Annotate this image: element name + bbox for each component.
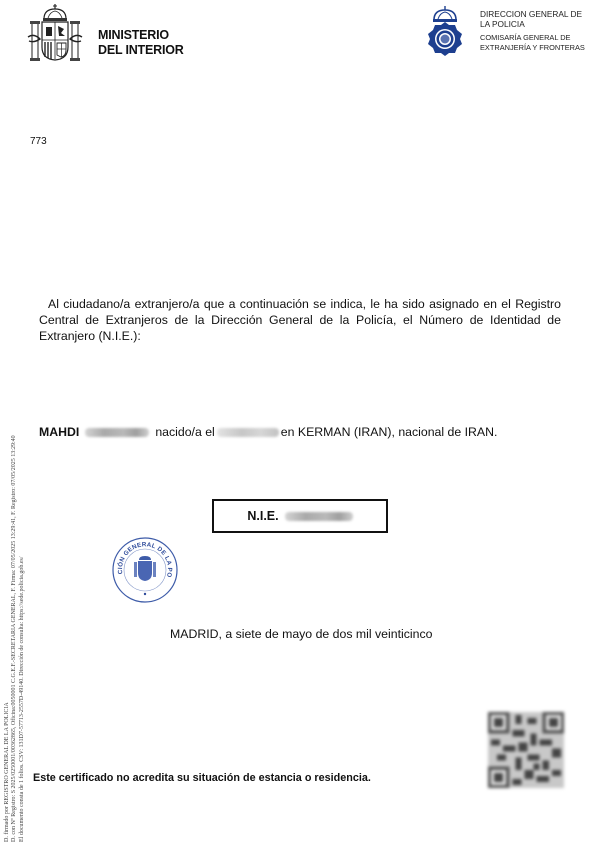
nie-box: N.I.E. <box>212 499 388 533</box>
place-and-date: MADRID, a siete de mayo de dos mil veint… <box>170 627 432 641</box>
ministry-line-2: DEL INTERIOR <box>98 43 184 58</box>
intro-paragraph: Al ciudadano/a extranjero/a que a contin… <box>39 296 561 345</box>
birthplace-text: en KERMAN (IRAN), nacional de IRAN. <box>281 425 498 439</box>
intro-text: Al ciudadano/a extranjero/a que a contin… <box>39 297 561 343</box>
reference-number: 773 <box>30 136 47 147</box>
nie-label: N.I.E. <box>247 509 278 523</box>
disclaimer-text: Este certificado no acredita su situació… <box>33 772 371 784</box>
ministry-name: MINISTERIO DEL INTERIOR <box>98 28 184 58</box>
spain-coat-of-arms-icon <box>26 3 84 63</box>
police-stamp-icon: DIRECCIÓN GENERAL DE LA POLICÍA <box>111 536 179 604</box>
cg-line-2: EXTRANJERÍA Y FRONTERAS <box>480 43 585 53</box>
signature-line-2: D. con Nº Registro: S 2025/0250001/00362… <box>11 342 18 842</box>
qr-code <box>488 712 564 788</box>
direccion-general-label: DIRECCION GENERAL DE LA POLICIA <box>480 9 582 29</box>
signature-line-3: El documento consta de 1 folios. CSV: 13… <box>19 342 26 842</box>
dg-line-2: LA POLICIA <box>480 19 582 29</box>
dob-redacted <box>217 428 279 437</box>
cg-line-1: COMISARÍA GENERAL DE <box>480 33 585 43</box>
surname-redacted <box>85 428 149 437</box>
policia-nacional-badge-icon <box>424 6 466 58</box>
ministry-line-1: MINISTERIO <box>98 28 184 43</box>
comisaria-general-label: COMISARÍA GENERAL DE EXTRANJERÍA Y FRONT… <box>480 33 585 52</box>
dg-line-1: DIRECCION GENERAL DE <box>480 9 582 19</box>
nie-value-redacted <box>285 512 353 521</box>
born-label: nacido/a el <box>155 425 214 439</box>
first-name: MAHDI <box>39 425 79 439</box>
person-line: MAHDInacido/a elen KERMAN (IRAN), nacion… <box>39 425 497 439</box>
electronic-signature-stamp: D. firmado por REGISTRO GENERAL DE LA PO… <box>4 342 26 842</box>
